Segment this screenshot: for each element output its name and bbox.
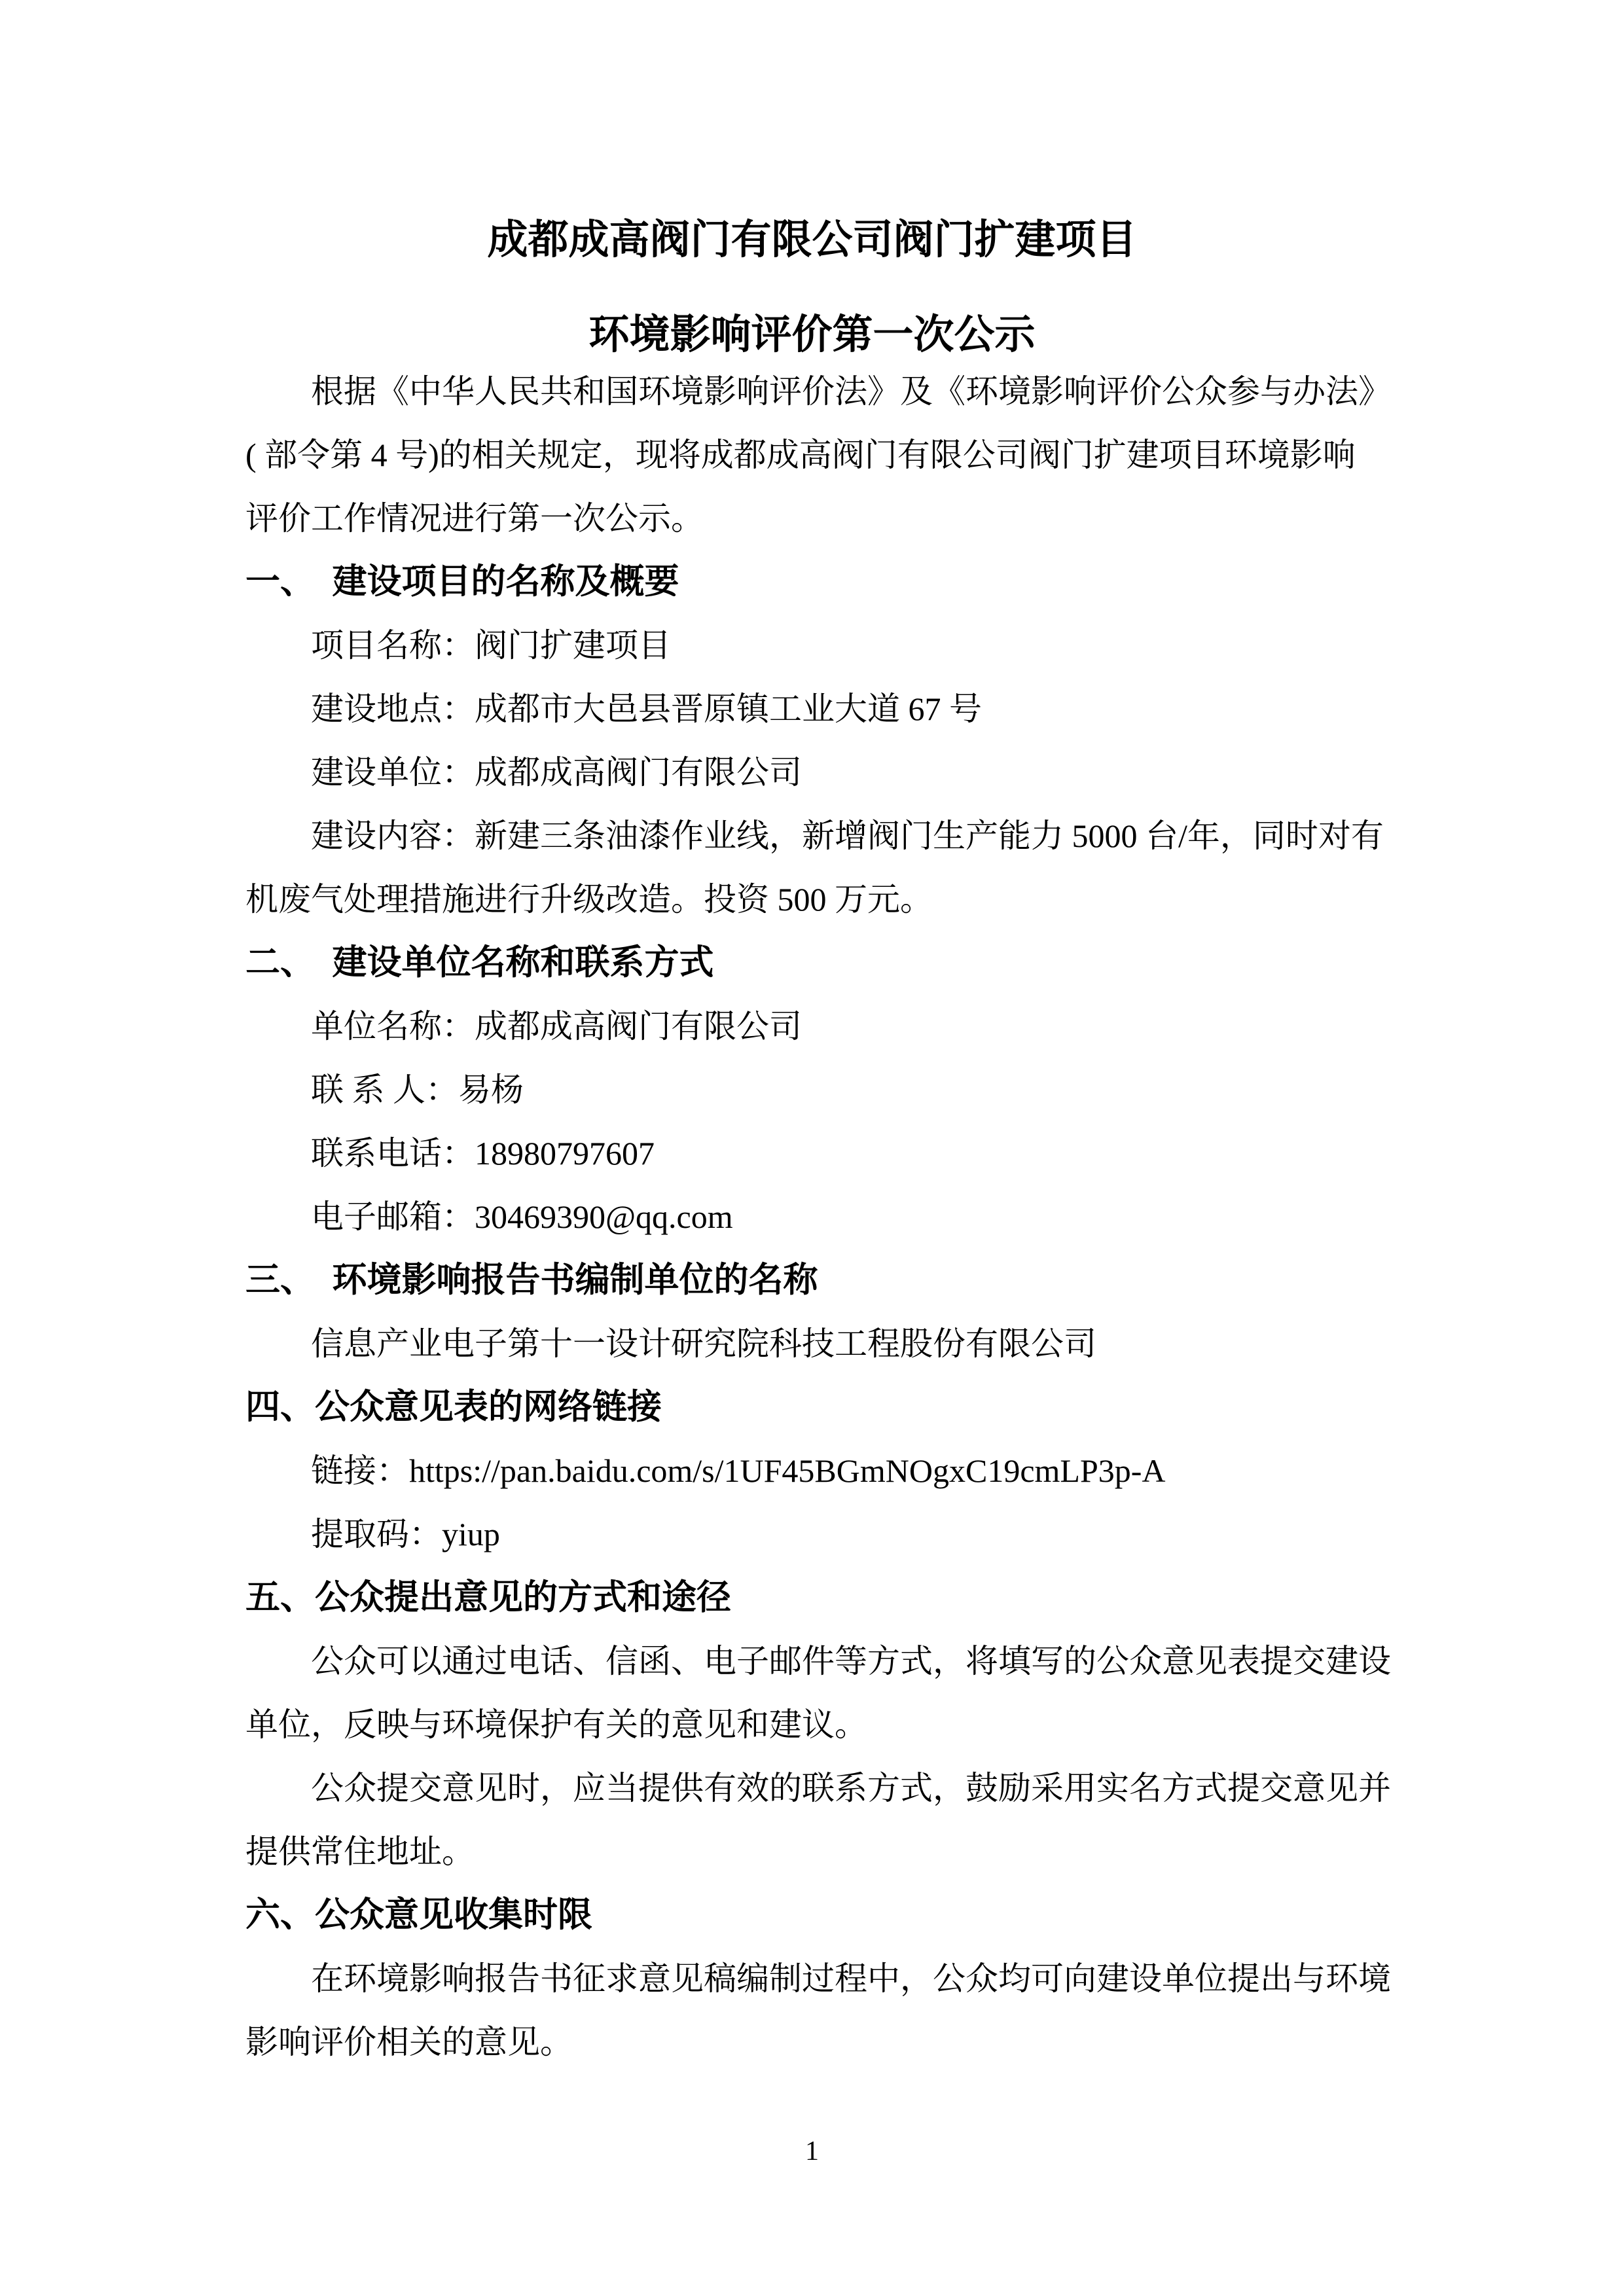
section2-company-name: 单位名称：成都成高阀门有限公司 xyxy=(245,995,1379,1058)
section4-extraction-code: 提取码：yiup xyxy=(245,1503,1379,1566)
section6-heading: 六、公众意见收集时限 xyxy=(245,1884,1379,1947)
document-title: 成都成高阀门有限公司阀门扩建项目 环境影响评价第一次公示 xyxy=(245,193,1379,383)
section1-project-owner: 建设单位：成都成高阀门有限公司 xyxy=(245,741,1379,804)
section2-contact-email: 电子邮箱：30469390@qq.com xyxy=(245,1185,1379,1249)
section3-heading: 三、 环境影响报告书编制单位的名称 xyxy=(245,1249,1379,1312)
section6-paragraph1-line1: 在环境影响报告书征求意见稿编制过程中，公众均可向建设单位提出与环境 xyxy=(245,1947,1379,2011)
section2-contact-phone: 联系电话：18980797607 xyxy=(245,1122,1379,1185)
intro-paragraph-line1: 根据《中华人民共和国环境影响评价法》及《环境影响评价公众参与办法》 xyxy=(245,360,1379,423)
document-page: 成都成高阀门有限公司阀门扩建项目 环境影响评价第一次公示 根据《中华人民共和国环… xyxy=(0,0,1624,2296)
document-title-line1: 成都成高阀门有限公司阀门扩建项目 xyxy=(245,193,1379,288)
section1-project-content-line1: 建设内容：新建三条油漆作业线，新增阀门生产能力 5000 台/年，同时对有 xyxy=(245,804,1379,868)
section5-paragraph2-line2: 提供常住地址。 xyxy=(245,1820,1379,1884)
section2-heading: 二、 建设单位名称和联系方式 xyxy=(245,931,1379,995)
section1-project-location: 建设地点：成都市大邑县晋原镇工业大道 67 号 xyxy=(245,677,1379,741)
section5-paragraph1-line2: 单位，反映与环境保护有关的意见和建议。 xyxy=(245,1693,1379,1757)
section5-heading: 五、公众提出意见的方式和途径 xyxy=(245,1566,1379,1630)
intro-paragraph-line2: ( 部令第 4 号)的相关规定，现将成都成高阀门有限公司阀门扩建项目环境影响 xyxy=(245,423,1379,487)
section6-paragraph1-line2: 影响评价相关的意见。 xyxy=(245,2011,1379,2074)
section4-link-url: 链接：https://pan.baidu.com/s/1UF45BGmNOgxC… xyxy=(245,1439,1379,1503)
section1-project-name: 项目名称：阀门扩建项目 xyxy=(245,614,1379,677)
intro-paragraph-line3: 评价工作情况进行第一次公示。 xyxy=(245,487,1379,550)
section5-paragraph2-line1: 公众提交意见时，应当提供有效的联系方式，鼓励采用实名方式提交意见并 xyxy=(245,1757,1379,1820)
page-number: 1 xyxy=(245,2120,1379,2183)
section2-contact-person: 联 系 人：易杨 xyxy=(245,1058,1379,1122)
section5-paragraph1-line1: 公众可以通过电话、信函、电子邮件等方式，将填写的公众意见表提交建设 xyxy=(245,1630,1379,1693)
section3-eia-agency-name: 信息产业电子第十一设计研究院科技工程股份有限公司 xyxy=(245,1312,1379,1376)
section1-project-content-line2: 机废气处理措施进行升级改造。投资 500 万元。 xyxy=(245,868,1379,931)
section1-heading: 一、 建设项目的名称及概要 xyxy=(245,550,1379,614)
section4-heading: 四、公众意见表的网络链接 xyxy=(245,1376,1379,1439)
